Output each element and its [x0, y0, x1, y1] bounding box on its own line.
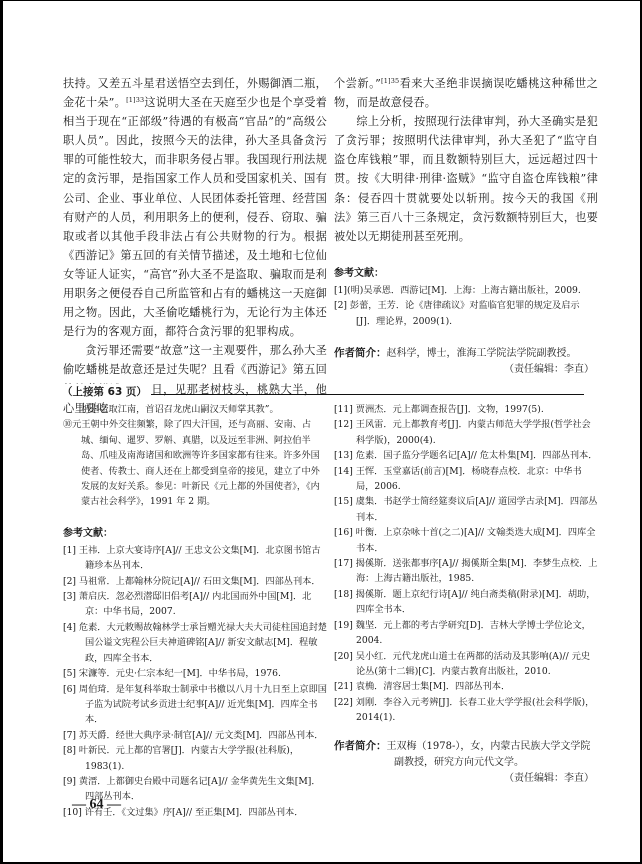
citation-sup: [1]33: [126, 96, 144, 104]
body-paragraph: 个尝新。”[1]35看来大圣绝非误摘误吃蟠桃这种稀世之物，而是故意侵吞。: [334, 74, 598, 112]
reference-item: [2] 彭蕾，王芳．论《唐律疏议》对监临官犯罪的规定及启示[J]．理论界，200…: [334, 298, 598, 329]
reference-item: [7] 苏天爵．经世大典序录·制官[A]// 元文类[M]．四部丛刊本．: [63, 728, 327, 743]
reference-item: [15] 虞集．书赵学士简经筵奏议后[A]// 道园学古录[M]．四部丛刊本．: [334, 494, 598, 525]
reference-item: [1](明)吴承恩．西游记[M]．上海：上海古籍出版社，2009.: [334, 283, 598, 298]
body-paragraph: 扶持。又差五斗星君送悟空去到任，外赐御酒二瓶，金花十朵”。[1]33这说明大圣在…: [63, 74, 327, 341]
reference-item: [8] 叶新民．元上都的官署[J]．内蒙古大学学报(社科版)，1983(1).: [63, 743, 327, 774]
reference-item: [12] 王风雷．元上都教育考[J]．内蒙古师范大学学报(哲学社会科学版)，20…: [334, 417, 598, 448]
endnotes: 祖皇帝取江南，首诏召龙虎山嗣汉天师掌其教”。 ⑩元王朝中外交往频繁，除了四大汗国…: [63, 402, 327, 510]
references-list: [1](明)吴承恩．西游记[M]．上海：上海古籍出版社，2009. [2] 彭蕾…: [334, 283, 598, 329]
reference-item: [20] 吴小红．元代龙虎山道士在两都的活动及其影响(A)// 元史论丛(第十二…: [334, 649, 598, 680]
reference-item: [4] 危素．大元敕赐故翰林学士承旨赠光禄大夫大司徒柱国追封楚国公谥文宪程公巨夫…: [63, 620, 327, 666]
reference-item: [19] 魏坚．元上都的考古学研究[D]．吉林大学博士学位论文，2004.: [334, 618, 598, 649]
editor-note: （责任编辑：李直）: [334, 362, 598, 378]
reference-item: [22] 刘刚．李谷入元考辨[J]．长春工业大学学报(社会科学版)，2014(1…: [334, 695, 598, 726]
author-bio-text: 赵科学，博士，淮海工学院法学院副教授。: [387, 348, 577, 359]
reference-item: [18] 揭傒斯．题上京纪行诗[A]// 纯白斋类稿(附录)[M]．胡助，四库全…: [334, 587, 598, 618]
author-bio-label: 作者简介：: [334, 740, 387, 752]
body-paragraph: 综上分析，按照现行法律审判，孙大圣确实是犯了贪污罪；按照明代法律审判，孙大圣犯了…: [334, 112, 598, 246]
author-bio-label: 作者简介：: [334, 347, 387, 359]
reference-item: [16] 叶衡．上京杂咏十首(之二)[A]// 文翰类选大成[M]．四库全书本．: [334, 525, 598, 556]
references-heading: 参考文献：: [334, 264, 598, 279]
reference-item: [3] 萧启庆．忽必烈潜邸旧侣考[A]// 内北国而外中国[M]．北京：中华书局…: [63, 589, 327, 620]
author-bio: 作者简介：王双梅（1978-），女，内蒙古民族大学文学院副教授，研究方向元代文学…: [334, 738, 598, 771]
continued-from-label: （上接第 63 页）: [62, 384, 151, 399]
upper-left-column: 扶持。又差五斗星君送悟空去到任，外赐御酒二瓶，金花十朵”。[1]33这说明大圣在…: [63, 74, 327, 418]
reference-item: [1] 王祎．上京大宴诗序[A]// 王忠文公文集[M]．北京图书馆古籍珍本丛刊…: [63, 543, 327, 574]
editor-note: （责任编辑：李直）: [334, 771, 598, 787]
references-heading: 参考文献：: [63, 524, 327, 539]
reference-item: [14] 王恽．玉堂嘉话(前言)[M]．杨晓春点校．北京：中华书局，2006.: [334, 464, 598, 495]
reference-item: [11] 贾洲杰．元上都调查报告[J]．文物，1997(5).: [334, 402, 598, 417]
endnote-item: ⑩元王朝中外交往频繁，除了四大汗国，还与高丽、安南、占城、缅甸、暹罗、罗斛、真腊…: [63, 417, 327, 509]
lower-right-column: [11] 贾洲杰．元上都调查报告[J]．文物，1997(5). [12] 王风雷…: [334, 402, 598, 787]
reference-item: [2] 马祖常．上都翰林分院记[A]// 石田文集[M]．四部丛刊本．: [63, 574, 327, 589]
page-number: — 64 —: [72, 797, 121, 813]
author-bio: 作者简介：赵科学，博士，淮海工学院法学院副教授。: [334, 345, 598, 362]
author-bio-text: 王双梅（1978-），女，内蒙古民族大学文学院副教授，研究方向元代文学。: [387, 741, 591, 768]
reference-item: [13] 危素．国子监分学题名记[A]// 危太朴集[M]．四部丛刊本．: [334, 448, 598, 463]
reference-item: [6] 周伯琦．是年复科举取士制承中书檄以八月十九日至上京即国子监为试院考试乡贡…: [63, 682, 327, 728]
lower-left-column: 祖皇帝取江南，首诏召龙虎山嗣汉天师掌其教”。 ⑩元王朝中外交往频繁，除了四大汗国…: [63, 402, 327, 820]
reference-item: [21] 袁桷．清容居士集[M]．四部丛刊本．: [334, 679, 598, 694]
endnote-continuation: 祖皇帝取江南，首诏召龙虎山嗣汉天师掌其教”。: [63, 402, 327, 417]
reference-item: [17] 揭傒斯．送张都事序[A]// 揭傒斯全集[M]．李梦生点校．上海：上海…: [334, 556, 598, 587]
citation-sup: [1]35: [381, 77, 399, 85]
upper-right-column: 个尝新。”[1]35看来大圣绝非误摘误吃蟠桃这种稀世之物，而是故意侵吞。 综上分…: [334, 74, 598, 378]
references-list-continued: [11] 贾洲杰．元上都调查报告[J]．文物，1997(5). [12] 王风雷…: [334, 402, 598, 726]
references-list: [1] 王祎．上京大宴诗序[A]// 王忠文公文集[M]．北京图书馆古籍珍本丛刊…: [63, 543, 327, 820]
reference-item: [5] 宋濂等．元史·仁宗本纪一[M]．中华书局，1976.: [63, 666, 327, 681]
